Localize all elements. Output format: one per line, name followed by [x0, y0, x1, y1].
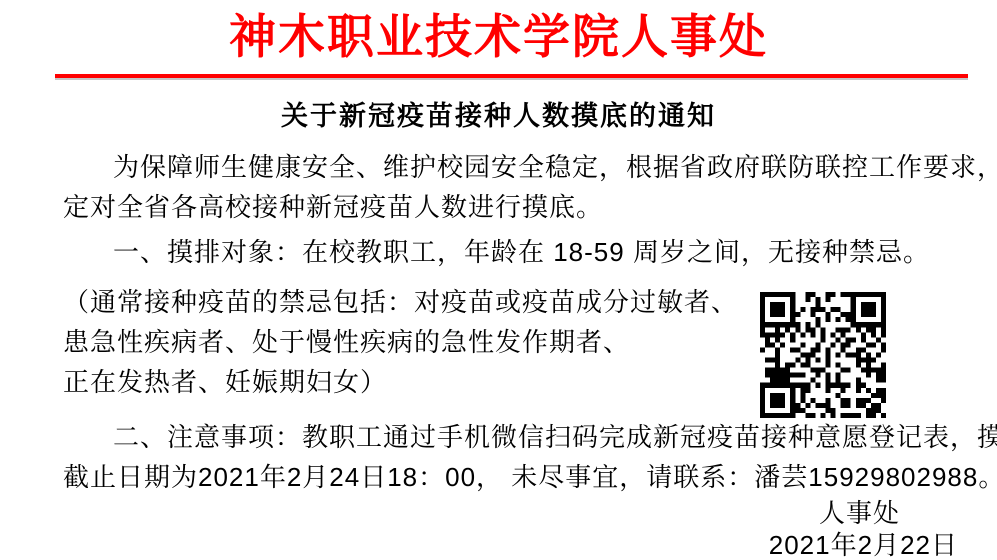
letterhead-title: 神木职业技术学院人事处	[0, 10, 997, 66]
letterhead-divider	[55, 74, 968, 78]
qr-code	[760, 292, 886, 418]
list-item-1: 一、摸排对象：在校教职工，年龄在 18-59 周岁之间，无接种禁忌。	[63, 232, 977, 272]
paragraph-line: 定对全省各高校接种新冠疫苗人数进行摸底。	[63, 187, 977, 227]
list-item-2: 二、注意事项：教职工通过手机微信扫码完成新冠疫苗接种意愿登记表，摸排	[63, 417, 977, 457]
notice-document: 神木职业技术学院人事处 关于新冠疫苗接种人数摸底的通知 为保障师生健康安全、维护…	[0, 0, 997, 560]
paragraph-line: 为保障师生健康安全、维护校园安全稳定，根据省政府联防联控工作要求，决	[63, 147, 977, 187]
notice-title: 关于新冠疫苗接种人数摸底的通知	[0, 94, 997, 133]
signature-department: 人事处	[769, 497, 997, 529]
letterhead: 神木职业技术学院人事处	[0, 0, 997, 66]
paragraph-line: 截止日期为2021年2月24日18：00， 未尽事宜，请联系：潘芸1592980…	[63, 457, 977, 497]
signature-block: 人事处 2021年2月22日	[769, 497, 997, 560]
signature-date: 2021年2月22日	[769, 529, 997, 560]
